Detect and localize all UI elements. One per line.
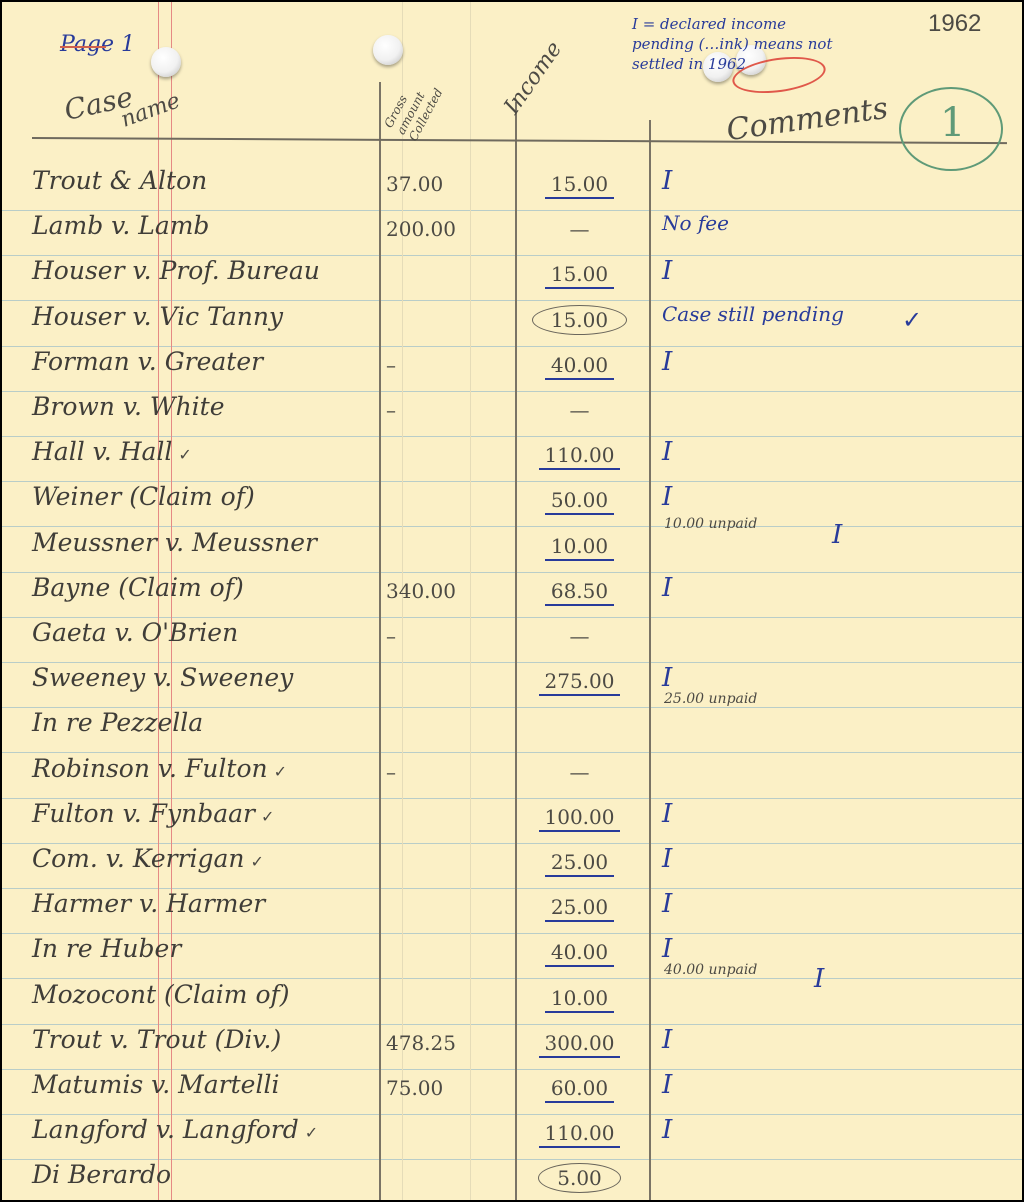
case-name: Mozocont (Claim of) (32, 980, 290, 1009)
income-amount: — (522, 624, 637, 648)
year-label: 1962 (928, 10, 981, 38)
legend-line-1: I = declared income (632, 14, 832, 34)
legend-line-2: pending (…ink) means not (632, 34, 832, 54)
check-mark-icon: ✓ (261, 807, 274, 826)
table-row: Trout & Alton37.0015.00I (2, 164, 1022, 209)
case-name: In re Pezzella (32, 708, 203, 737)
page-circle-number: 1 (940, 100, 965, 146)
comment: I (662, 889, 672, 919)
table-row: Fulton v. Fynbaar✓100.00I (2, 797, 1022, 842)
income-amount: — (522, 398, 637, 422)
case-name: Matumis v. Martelli (32, 1070, 279, 1099)
gross-amount: 200.00 (386, 217, 496, 241)
income-amount: 60.00 (522, 1076, 637, 1100)
income-amount: 110.00 (522, 443, 637, 467)
gross-amount: – (386, 353, 496, 377)
table-row: In re Huber40.00I40.00 unpaid (2, 932, 1022, 977)
comment: Case still pending (662, 302, 844, 326)
header-gross-amount: Gross amount Collected (381, 71, 446, 144)
income-amount: 5.00 (522, 1166, 637, 1190)
comment: I (662, 1070, 672, 1100)
case-name: Trout & Alton (32, 166, 207, 195)
ledger-page: Page 1 I = declared income pending (…ink… (2, 2, 1022, 1200)
case-name: Meussner v. Meussner (32, 528, 317, 557)
check-mark-icon: ✓ (251, 852, 264, 871)
table-row: Bayne (Claim of)340.0068.50I (2, 571, 1022, 616)
case-name: Houser v. Prof. Bureau (32, 256, 320, 285)
punch-hole (151, 47, 181, 77)
check-mark-icon: ✓ (305, 1123, 318, 1142)
table-row: Com. v. Kerrigan✓25.00I (2, 842, 1022, 887)
table-row: Forman v. Greater–40.00I (2, 345, 1022, 390)
table-row: Langford v. Langford✓110.00I (2, 1113, 1022, 1158)
comment: I (662, 934, 672, 964)
income-amount: 68.50 (522, 579, 637, 603)
table-row: Meussner v. Meussner10.0010.00 unpaidI (2, 526, 1022, 571)
table-row: Di Berardo5.00 (2, 1158, 1022, 1200)
case-name: Di Berardo (32, 1160, 171, 1189)
case-name: Trout v. Trout (Div.) (32, 1025, 281, 1054)
income-amount: 100.00 (522, 805, 637, 829)
table-row: Matumis v. Martelli75.0060.00I (2, 1068, 1022, 1113)
gross-amount: 340.00 (386, 579, 496, 603)
gross-amount: – (386, 760, 496, 784)
income-amount: 25.00 (522, 850, 637, 874)
case-name: Sweeney v. Sweeney (32, 663, 293, 692)
income-mark: I (814, 964, 824, 994)
case-name: Robinson v. Fulton✓ (32, 754, 287, 783)
unpaid-note: 40.00 unpaid (664, 962, 757, 978)
comment: I (662, 799, 672, 829)
table-row: Sweeney v. Sweeney275.00I25.00 unpaid (2, 661, 1022, 706)
table-row: Weiner (Claim of)50.00I (2, 480, 1022, 525)
income-mark: I (832, 520, 842, 550)
comment: I (662, 437, 672, 467)
unpaid-note: 10.00 unpaid (664, 516, 757, 532)
check-mark-icon: ✓ (902, 306, 922, 334)
case-name: Forman v. Greater (32, 347, 263, 376)
gross-amount: 478.25 (386, 1031, 496, 1055)
check-mark-icon: ✓ (178, 445, 191, 464)
income-amount: 40.00 (522, 353, 637, 377)
unpaid-note: 25.00 unpaid (664, 691, 757, 707)
case-name: Com. v. Kerrigan✓ (32, 844, 264, 873)
comment: I (662, 1115, 672, 1145)
case-name: Brown v. White (32, 392, 225, 421)
header-rule (32, 137, 1007, 144)
table-row: Mozocont (Claim of)10.00I (2, 978, 1022, 1023)
comment: I (662, 573, 672, 603)
income-amount: 110.00 (522, 1121, 637, 1145)
page-label: Page 1 (60, 32, 135, 57)
comment: I (662, 844, 672, 874)
case-name: Gaeta v. O'Brien (32, 618, 238, 647)
case-name: Weiner (Claim of) (32, 482, 255, 511)
income-amount: — (522, 760, 637, 784)
income-amount: 10.00 (522, 534, 637, 558)
case-name: Lamb v. Lamb (32, 211, 209, 240)
comment: No fee (662, 211, 729, 235)
case-name: Bayne (Claim of) (32, 573, 244, 602)
case-name: In re Huber (32, 934, 181, 963)
income-amount: 50.00 (522, 488, 637, 512)
comment: I (662, 347, 672, 377)
table-row: In re Pezzella (2, 706, 1022, 751)
header-income: Income (500, 37, 568, 119)
table-row: Gaeta v. O'Brien–— (2, 616, 1022, 661)
income-amount: 10.00 (522, 986, 637, 1010)
table-row: Harmer v. Harmer25.00I (2, 887, 1022, 932)
comment: I (662, 166, 672, 196)
income-amount: 300.00 (522, 1031, 637, 1055)
table-row: Hall v. Hall✓110.00I (2, 435, 1022, 480)
page-label-strike (60, 46, 106, 48)
gross-amount: – (386, 624, 496, 648)
income-amount: 15.00 (522, 308, 637, 332)
comment: I (662, 663, 672, 693)
income-amount: 25.00 (522, 895, 637, 919)
income-amount: 15.00 (522, 172, 637, 196)
case-name: Houser v. Vic Tanny (32, 302, 283, 331)
gross-amount: – (386, 398, 496, 422)
table-row: Trout v. Trout (Div.)478.25300.00I (2, 1023, 1022, 1068)
case-name: Hall v. Hall✓ (32, 437, 192, 466)
comment: I (662, 482, 672, 512)
income-amount: 40.00 (522, 940, 637, 964)
income-amount: 15.00 (522, 262, 637, 286)
table-row: Robinson v. Fulton✓–— (2, 752, 1022, 797)
income-amount: 275.00 (522, 669, 637, 693)
case-name: Langford v. Langford✓ (32, 1115, 318, 1144)
income-amount: — (522, 217, 637, 241)
gross-amount: 37.00 (386, 172, 496, 196)
table-row: Houser v. Prof. Bureau15.00I (2, 254, 1022, 299)
table-row: Houser v. Vic Tanny15.00Case still pendi… (2, 300, 1022, 345)
punch-hole (373, 35, 403, 65)
header-comments: Comments (724, 91, 890, 148)
case-name: Harmer v. Harmer (32, 889, 265, 918)
check-mark-icon: ✓ (274, 762, 287, 781)
gross-amount: 75.00 (386, 1076, 496, 1100)
case-name: Fulton v. Fynbaar✓ (32, 799, 274, 828)
comment: I (662, 256, 672, 286)
comment: I (662, 1025, 672, 1055)
table-row: Brown v. White–— (2, 390, 1022, 435)
table-row: Lamb v. Lamb200.00—No fee (2, 209, 1022, 254)
